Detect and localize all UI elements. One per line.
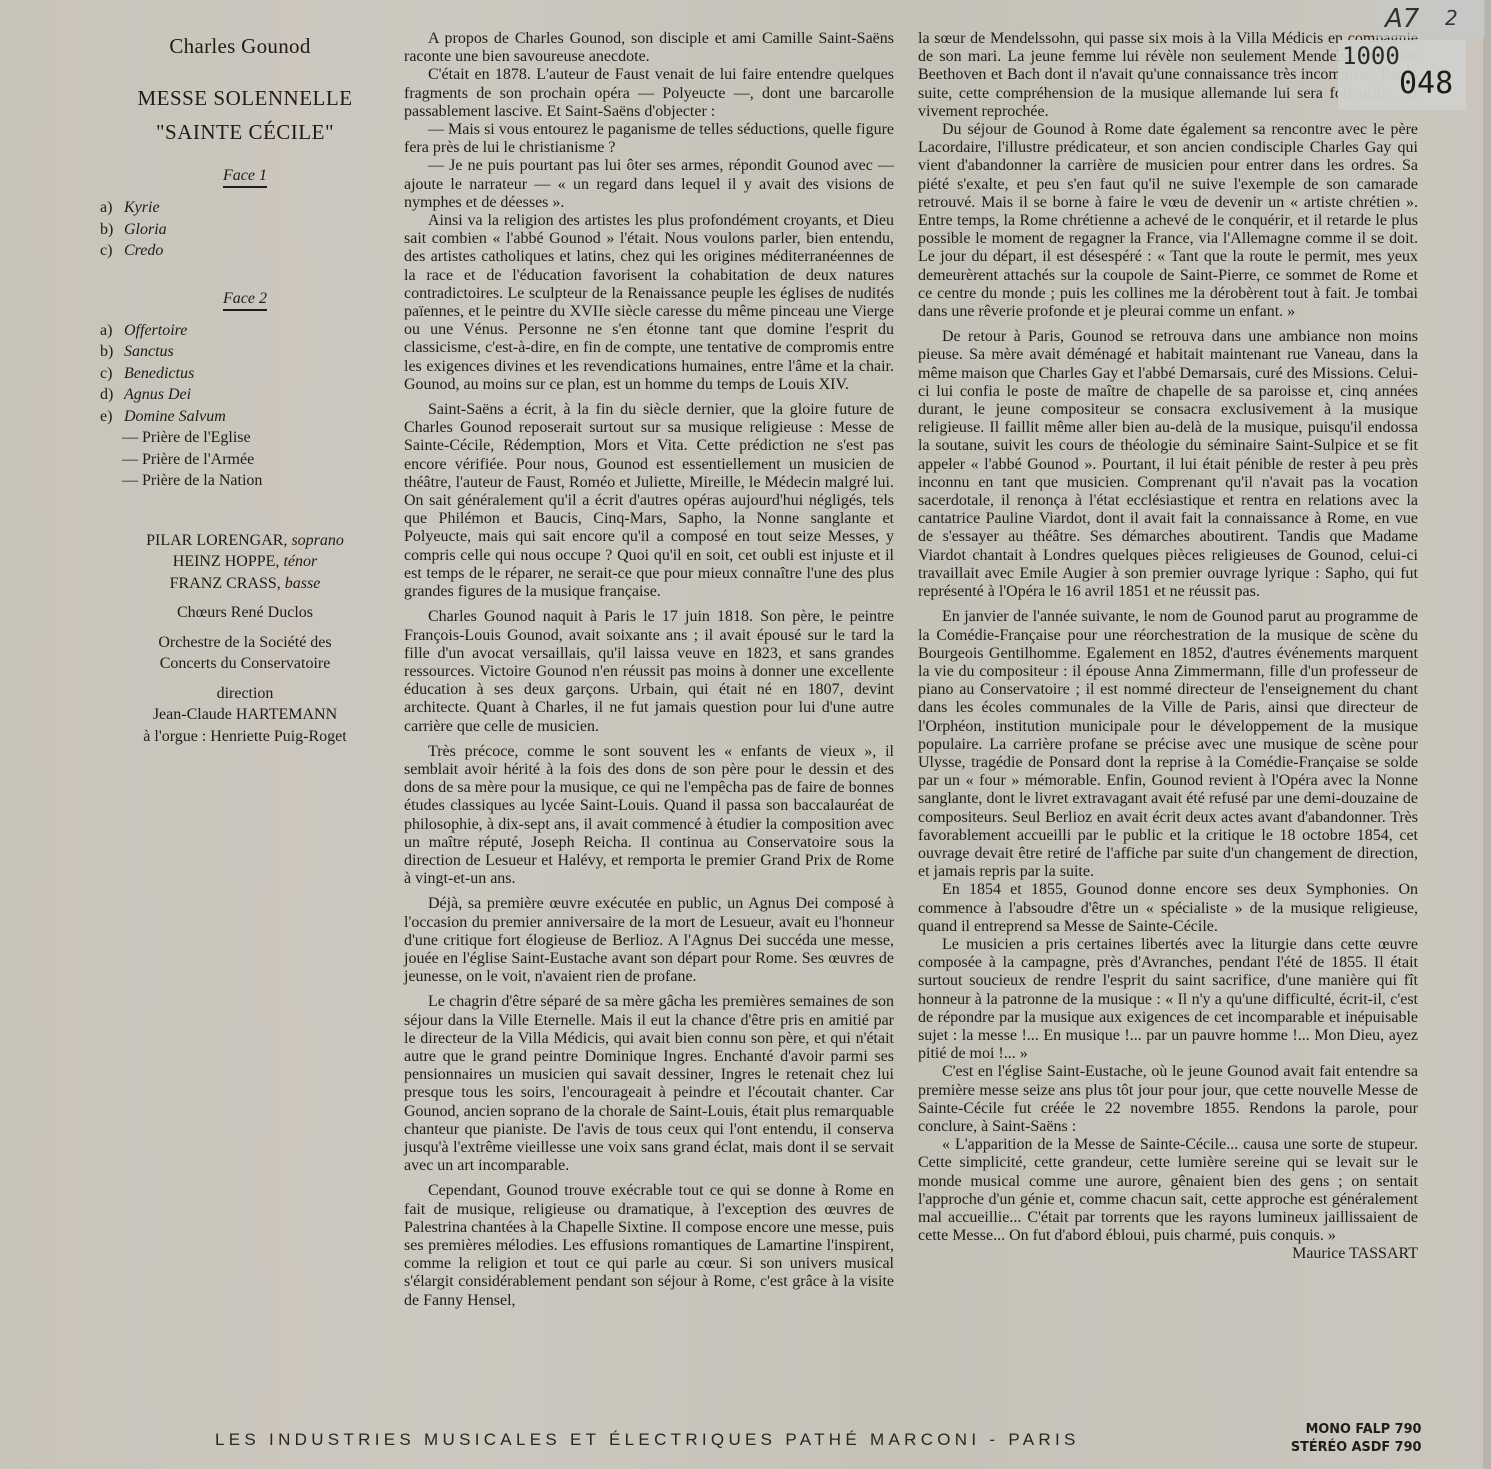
- paragraph: Cependant, Gounod trouve exécrable tout …: [404, 1182, 894, 1309]
- paragraph: Ainsi va la religion des artistes les pl…: [404, 212, 894, 394]
- soloist: PILAR LORENGAR, soprano: [100, 530, 390, 552]
- liner-notes-middle-column: A propos de Charles Gounod, son disciple…: [404, 30, 894, 1310]
- sleeve-edge: [1483, 0, 1491, 1469]
- paragraph: De retour à Paris, Gounod se retrouva da…: [918, 328, 1418, 601]
- title-line-2: "SAINTE CÉCILE": [100, 115, 390, 149]
- catalog-mono: MONO FALP 790: [1290, 1420, 1421, 1438]
- catalog-numbers: MONO FALP 790 STÉRÉO ASDF 790: [1290, 1420, 1421, 1456]
- paragraph: Très précoce, comme le sont souvent les …: [404, 743, 894, 889]
- paragraph: Déjà, sa première œuvre exécutée en publ…: [404, 895, 894, 986]
- track-item: b)Gloria: [100, 219, 390, 241]
- composer-name: Charles Gounod: [90, 34, 390, 59]
- paragraph: — Je ne puis pourtant pas lui ôter ses a…: [404, 157, 894, 212]
- subtrack-item: — Prière de la Nation: [100, 470, 390, 492]
- track-item: b)Sanctus: [100, 341, 390, 363]
- track-item: a)Offertoire: [100, 320, 390, 342]
- choir-credit: Chœurs René Duclos: [100, 602, 390, 624]
- orchestra-credit-1: Orchestre de la Société des: [100, 632, 390, 654]
- soloist: FRANZ CRASS, basse: [100, 573, 390, 595]
- track-item: c)Benedictus: [100, 363, 390, 385]
- author-signature: Maurice TASSART: [918, 1245, 1418, 1263]
- track-item: a)Kyrie: [100, 197, 390, 219]
- handwritten-number: 2: [1445, 6, 1458, 30]
- paragraph: A propos de Charles Gounod, son disciple…: [404, 30, 894, 66]
- paragraph: « L'apparition de la Messe de Sainte-Céc…: [918, 1136, 1418, 1245]
- face-1-heading: Face 1: [100, 167, 390, 185]
- paragraph: C'était en 1878. L'auteur de Faust venai…: [404, 66, 894, 121]
- paragraph: Saint-Saëns a écrit, à la fin du siècle …: [404, 401, 894, 601]
- face-2-heading: Face 2: [100, 290, 390, 308]
- paragraph: Le chagrin d'être séparé de sa mère gâch…: [404, 993, 894, 1175]
- paragraph: En janvier de l'année suivante, le nom d…: [918, 608, 1418, 881]
- track-item: c)Credo: [100, 240, 390, 262]
- conductor-credit: Jean-Claude HARTEMANN: [100, 704, 390, 726]
- paragraph: Du séjour de Gounod à Rome date égalemen…: [918, 121, 1418, 321]
- organ-credit: à l'orgue : Henriette Puig-Roget: [100, 726, 390, 748]
- face-1-tracks: a)Kyrie b)Gloria c)Credo: [100, 197, 390, 262]
- paragraph: C'est en l'église Saint-Eustache, où le …: [918, 1063, 1418, 1136]
- soloist: HEINZ HOPPE, ténor: [100, 551, 390, 573]
- work-title: MESSE SOLENNELLE "SAINTE CÉCILE": [100, 81, 390, 149]
- tracklist-panel: Charles Gounod MESSE SOLENNELLE "SAINTE …: [100, 34, 390, 747]
- paragraph: — Mais si vous entourez le paganisme de …: [404, 121, 894, 157]
- sticker-number-1: 1000: [1342, 42, 1400, 70]
- face-2-tracks: a)Offertoire b)Sanctus c)Benedictus d)Ag…: [100, 320, 390, 492]
- sticker-number-2: 048: [1399, 66, 1453, 101]
- performer-credits: PILAR LORENGAR, soprano HEINZ HOPPE, tén…: [100, 530, 390, 748]
- catalog-stereo: STÉRÉO ASDF 790: [1290, 1438, 1421, 1456]
- paragraph: En 1854 et 1855, Gounod donne encore ses…: [918, 881, 1418, 936]
- liner-notes-right-column: la sœur de Mendelssohn, qui passe six mo…: [918, 30, 1418, 1264]
- paragraph: Charles Gounod naquit à Paris le 17 juin…: [404, 608, 894, 735]
- handwritten-code: A7: [1385, 4, 1419, 34]
- orchestra-credit-2: Concerts du Conservatoire: [100, 653, 390, 675]
- subtrack-item: — Prière de l'Armée: [100, 449, 390, 471]
- subtrack-item: — Prière de l'Eglise: [100, 427, 390, 449]
- title-line-1: MESSE SOLENNELLE: [100, 81, 390, 115]
- direction-label: direction: [100, 683, 390, 705]
- track-item: d)Agnus Dei: [100, 384, 390, 406]
- track-item: e)Domine Salvum: [100, 406, 390, 428]
- publisher-line: LES INDUSTRIES MUSICALES ET ÉLECTRIQUES …: [215, 1430, 1080, 1450]
- paragraph: Le musicien a pris certaines libertés av…: [918, 936, 1418, 1063]
